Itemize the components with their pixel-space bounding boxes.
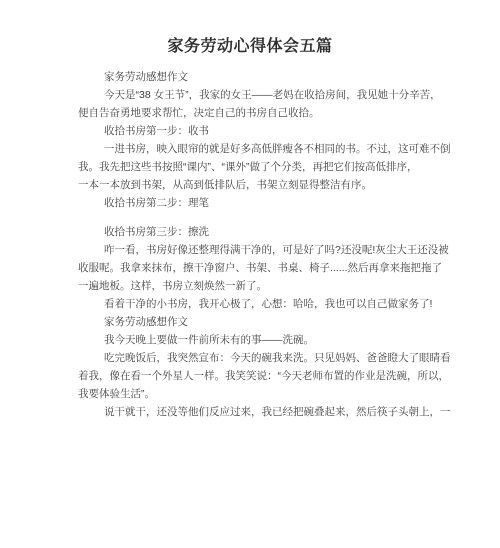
text-line: 收服呢。我拿来抹布，擦干净窗户、书架、书桌、椅子......然后再拿来拖把拖了 [78,259,442,277]
text-line: 看着干净的小书房，我开心极了，心想：哈哈，我也可以自己做家务了! [78,295,442,313]
text-line: 我。我先把这些书按照“课内”、“课外”做了个分类，再把它们按高低排序， [78,158,442,176]
document-page: 家务劳动心得体会五篇 家务劳动感想作文今天是“38 女王节”，我家的女王——老妈… [0,0,500,548]
text-line: 我今天晚上要做一件前所未有的事——洗碗。 [78,331,442,349]
text-line: 收拾书房第一步：收书 [78,122,442,140]
text-line: 吃完晚饭后，我突然宣布：今天的碗我来洗。只见妈妈、爸爸瞪大了眼睛看 [78,349,442,367]
text-line: 我要体验生活”。 [78,385,442,403]
text-line: 收拾书房第二步：理笔 [78,194,442,212]
text-line: 一进书房，映入眼帘的就是好多高低胖瘦各不相同的书。不过，这可难不倒 [78,140,442,158]
blank-line [78,212,442,223]
text-line: 咋一看，书房好像还整理得满干净的，可是好了吗?还没呢!灰尘大王还没被 [78,241,442,259]
text-line: 家务劳动感想作文 [78,313,442,331]
text-line: 一遍地板。这样，书房立刻焕然一新了。 [78,277,442,295]
text-line: 收拾书房第三步：擦洗 [78,223,442,241]
text-line: 着我，像在看一个外星人一样。我笑笑说：“今天老师布置的作业是洗碗，所以， [78,367,442,385]
text-line: 便自告奋勇地要求帮忙，决定自己的书房自己收拾。 [78,104,442,122]
text-line: 说干就干，还没等他们反应过来，我已经把碗叠起来，然后筷子头朝上，一 [78,403,442,421]
text-line: 一本一本放到书架，从高到低排队后，书架立刻显得整洁有序。 [78,176,442,194]
text-line: 今天是“38 女王节”，我家的女王——老妈在收拾房间，我见她十分辛苦， [78,86,442,104]
document-body: 家务劳动感想作文今天是“38 女王节”，我家的女王——老妈在收拾房间，我见她十分… [78,68,442,421]
text-line: 家务劳动感想作文 [78,68,442,86]
document-title: 家务劳动心得体会五篇 [0,33,500,56]
